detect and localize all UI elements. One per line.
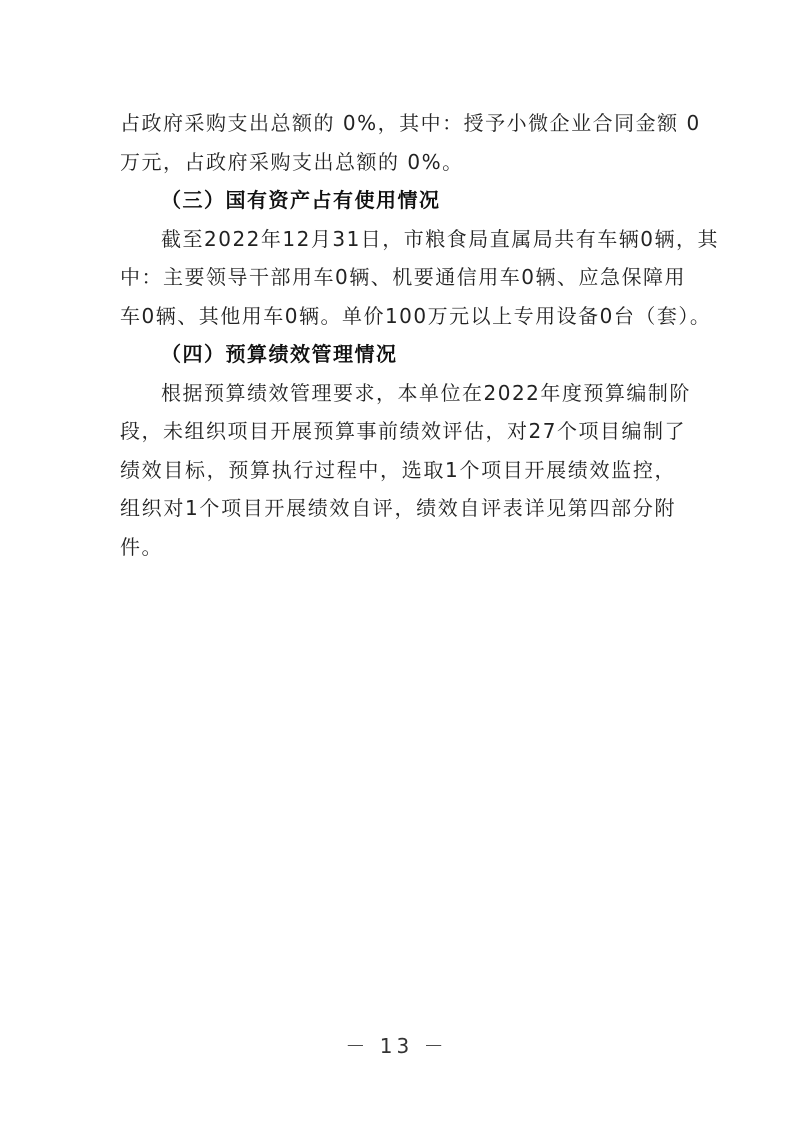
text-line: 占政府采购支出总额的 0%，其中：授予小微企业合同金额 0 (120, 104, 676, 143)
section-budget-performance: （四）预算绩效管理情况 根据预算绩效管理要求，本单位在2022年度预算编制阶 段… (120, 335, 676, 566)
document-page: 占政府采购支出总额的 0%，其中：授予小微企业合同金额 0 万元，占政府采购支出… (0, 0, 793, 1122)
page-number: － 13 － (0, 1030, 793, 1059)
section-state-assets: （三）国有资产占有使用情况 截至2022年12月31日，市粮食局直属局共有车辆0… (120, 181, 676, 335)
section-heading-state-assets: （三）国有资产占有使用情况 (120, 181, 676, 220)
text-line: 车0辆、其他用车0辆。单价100万元以上专用设备0台（套）。 (120, 297, 676, 336)
text-line: 万元，占政府采购支出总额的 0%。 (120, 143, 676, 182)
text-line: 件。 (120, 528, 676, 567)
text-line: 根据预算绩效管理要求，本单位在2022年度预算编制阶 (120, 374, 676, 413)
document-body: 占政府采购支出总额的 0%，其中：授予小微企业合同金额 0 万元，占政府采购支出… (120, 104, 676, 566)
section-heading-budget-performance: （四）预算绩效管理情况 (120, 335, 676, 374)
text-line: 中：主要领导干部用车0辆、机要通信用车0辆、应急保障用 (120, 258, 676, 297)
paragraph-procurement-continuation: 占政府采购支出总额的 0%，其中：授予小微企业合同金额 0 万元，占政府采购支出… (120, 104, 676, 181)
text-line: 绩效目标，预算执行过程中，选取1个项目开展绩效监控， (120, 451, 676, 490)
text-line: 截至2022年12月31日，市粮食局直属局共有车辆0辆，其 (120, 220, 676, 259)
text-line: 组织对1个项目开展绩效自评，绩效自评表详见第四部分附 (120, 489, 676, 528)
text-line: 段，未组织项目开展预算事前绩效评估，对27个项目编制了 (120, 412, 676, 451)
